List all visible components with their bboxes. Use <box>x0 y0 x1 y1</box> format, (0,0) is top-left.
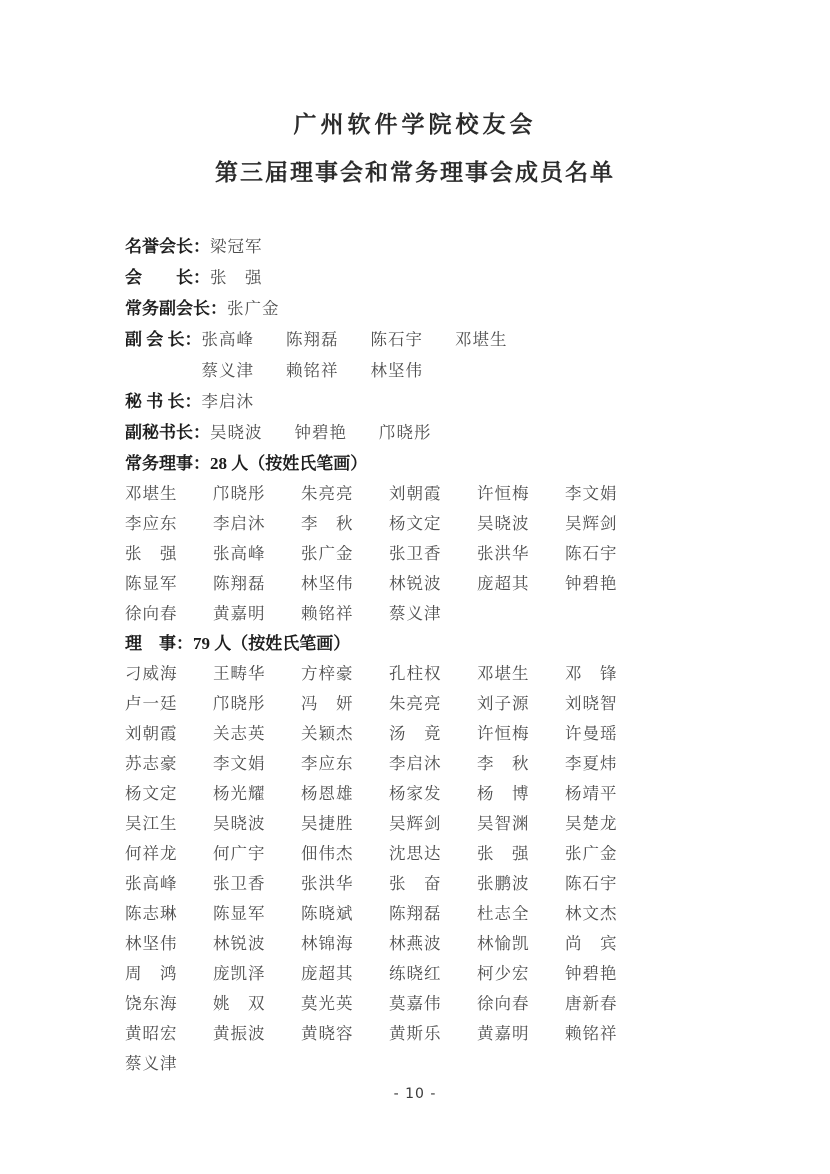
member-name: 杨文定 <box>389 509 477 539</box>
officer-title-label: 常务副会长： <box>125 294 227 324</box>
member-name: 刘朝霞 <box>125 719 213 749</box>
officer-name-line: 张高峰陈翔磊陈石宇邓堪生 <box>202 325 706 356</box>
page-number: - 10 - <box>0 1086 830 1102</box>
member-name: 赖铭祥 <box>301 599 389 629</box>
member-name: 梁冠军 <box>210 232 263 262</box>
member-name: 许恒梅 <box>477 479 565 509</box>
member-name: 黄昭宏 <box>125 1019 213 1049</box>
member-name: 张 强 <box>210 263 263 293</box>
member-name: 许曼瑶 <box>565 719 653 749</box>
member-name: 李 秋 <box>477 749 565 779</box>
member-name: 黄晓容 <box>301 1019 389 1049</box>
member-name: 卢一廷 <box>125 689 213 719</box>
member-name: 李启沐 <box>202 387 255 417</box>
standing-directors-grid: 邓堪生邝晓彤朱亮亮刘朝霞许恒梅李文娟李应东李启沐李 秋杨文定吴晓波吴辉剑张 强张… <box>125 479 705 629</box>
member-name: 饶东海 <box>125 989 213 1019</box>
member-name: 黄嘉明 <box>213 599 301 629</box>
member-name: 吴晓波 <box>213 809 301 839</box>
officer-title-label: 名誉会长： <box>125 232 210 262</box>
officer-names: 吴晓波钟碧艳邝晓彤 <box>210 418 705 449</box>
member-name: 杜志全 <box>477 899 565 929</box>
member-name: 张 奋 <box>389 869 477 899</box>
directors-label: 理 事： <box>125 634 193 653</box>
member-name: 吴智渊 <box>477 809 565 839</box>
member-name: 张广金 <box>301 539 389 569</box>
officer-names: 梁冠军 <box>210 232 705 263</box>
member-name: 蔡义津 <box>125 1049 213 1079</box>
member-name: 邓堪生 <box>125 479 213 509</box>
member-name: 杨恩雄 <box>301 779 389 809</box>
officer-title-label: 副 会 长： <box>125 325 202 355</box>
member-name: 蔡义津 <box>389 599 477 629</box>
member-name: 钟碧艳 <box>295 418 348 448</box>
member-name: 邓堪生 <box>455 325 508 355</box>
member-name: 吴晓波 <box>210 418 263 448</box>
member-name: 李 秋 <box>301 509 389 539</box>
member-name: 李启沐 <box>389 749 477 779</box>
member-name: 李文娟 <box>213 749 301 779</box>
member-name: 李应东 <box>301 749 389 779</box>
member-name: 陈翔磊 <box>389 899 477 929</box>
member-name: 汤 竟 <box>389 719 477 749</box>
member-name: 张洪华 <box>301 869 389 899</box>
officer-row: 秘 书 长：李启沐 <box>125 387 705 418</box>
standing-directors-heading: 常务理事：28 人（按姓氏笔画） <box>125 449 705 479</box>
officer-name-line: 蔡义津赖铭祥林坚伟 <box>202 356 706 387</box>
officer-row: 副秘书长：吴晓波钟碧艳邝晓彤 <box>125 418 705 449</box>
member-name: 张洪华 <box>477 539 565 569</box>
member-name: 周 鸿 <box>125 959 213 989</box>
officer-title-label: 副秘书长： <box>125 418 210 448</box>
officer-names: 张高峰陈翔磊陈石宇邓堪生蔡义津赖铭祥林坚伟 <box>202 325 706 387</box>
officer-names: 张广金 <box>227 294 705 325</box>
member-name: 方梓豪 <box>301 659 389 689</box>
officer-name-line: 李启沐 <box>202 387 706 418</box>
member-name: 吴楚龙 <box>565 809 653 839</box>
member-name: 李夏炜 <box>565 749 653 779</box>
officer-row: 名誉会长：梁冠军 <box>125 232 705 263</box>
member-name: 唐新春 <box>565 989 653 1019</box>
member-name: 尚 宾 <box>565 929 653 959</box>
member-name: 林燕波 <box>389 929 477 959</box>
member-name: 陈显军 <box>125 569 213 599</box>
officer-name-line: 张广金 <box>227 294 705 325</box>
member-name: 庞超其 <box>301 959 389 989</box>
member-name: 张卫香 <box>389 539 477 569</box>
member-name: 杨文定 <box>125 779 213 809</box>
member-name: 赖铭祥 <box>286 356 339 386</box>
officer-title-label: 会 长： <box>125 263 210 293</box>
member-name: 钟碧艳 <box>565 569 653 599</box>
member-name: 林愉凯 <box>477 929 565 959</box>
member-name: 陈晓斌 <box>301 899 389 929</box>
member-name: 王畴华 <box>213 659 301 689</box>
member-name: 邝晓彤 <box>379 418 432 448</box>
member-name: 林锐波 <box>213 929 301 959</box>
member-name: 沈思达 <box>389 839 477 869</box>
member-name: 钟碧艳 <box>565 959 653 989</box>
member-name: 张高峰 <box>202 325 255 355</box>
member-name: 李应东 <box>125 509 213 539</box>
member-name: 冯 妍 <box>301 689 389 719</box>
member-name: 张 强 <box>477 839 565 869</box>
directors-count: 79 人（按姓氏笔画） <box>193 634 350 653</box>
member-name: 邓堪生 <box>477 659 565 689</box>
member-name: 黄嘉明 <box>477 1019 565 1049</box>
member-name: 吴辉剑 <box>565 509 653 539</box>
member-name: 张高峰 <box>213 539 301 569</box>
member-name: 林文杰 <box>565 899 653 929</box>
standing-directors-label: 常务理事： <box>125 454 210 473</box>
member-name: 杨 博 <box>477 779 565 809</box>
member-name: 陈石宇 <box>371 325 424 355</box>
officer-title-label: 秘 书 长： <box>125 387 202 417</box>
officer-names: 张 强 <box>210 263 705 294</box>
member-name: 许恒梅 <box>477 719 565 749</box>
member-name: 庞凯泽 <box>213 959 301 989</box>
member-name: 李文娟 <box>565 479 653 509</box>
member-name: 吴捷胜 <box>301 809 389 839</box>
member-name: 吴晓波 <box>477 509 565 539</box>
standing-directors-count: 28 人（按姓氏笔画） <box>210 454 367 473</box>
member-name: 陈翔磊 <box>213 569 301 599</box>
member-name: 杨家发 <box>389 779 477 809</box>
member-name: 林锐波 <box>389 569 477 599</box>
member-name: 朱亮亮 <box>389 689 477 719</box>
member-name: 佃伟杰 <box>301 839 389 869</box>
member-name: 莫光英 <box>301 989 389 1019</box>
member-name: 陈石宇 <box>565 869 653 899</box>
page-title: 广州软件学院校友会 <box>0 0 830 139</box>
member-name: 林坚伟 <box>301 569 389 599</box>
member-name: 蔡义津 <box>202 356 255 386</box>
member-name: 赖铭祥 <box>565 1019 653 1049</box>
page-content: 名誉会长：梁冠军会 长：张 强常务副会长：张广金副 会 长：张高峰陈翔磊陈石宇邓… <box>125 232 705 1079</box>
member-name: 柯少宏 <box>477 959 565 989</box>
member-name: 何广宇 <box>213 839 301 869</box>
member-name: 陈显军 <box>213 899 301 929</box>
member-name: 刘晓智 <box>565 689 653 719</box>
member-name: 朱亮亮 <box>301 479 389 509</box>
member-name: 张广金 <box>565 839 653 869</box>
member-name: 张广金 <box>227 294 280 324</box>
officer-name-line: 吴晓波钟碧艳邝晓彤 <box>210 418 705 449</box>
directors-grid: 刁威海王畴华方梓豪孔柱权邓堪生邓 锋卢一廷邝晓彤冯 妍朱亮亮刘子源刘晓智刘朝霞关… <box>125 659 705 1079</box>
member-name: 刘子源 <box>477 689 565 719</box>
member-name: 陈石宇 <box>565 539 653 569</box>
member-name: 邝晓彤 <box>213 479 301 509</box>
member-name: 徐向春 <box>477 989 565 1019</box>
document-page: 广州软件学院校友会 第三届理事会和常务理事会成员名单 名誉会长：梁冠军会 长：张… <box>0 0 830 1174</box>
officer-row: 会 长：张 强 <box>125 263 705 294</box>
member-name: 杨光耀 <box>213 779 301 809</box>
member-name: 刁威海 <box>125 659 213 689</box>
member-name: 孔柱权 <box>389 659 477 689</box>
member-name: 林锦海 <box>301 929 389 959</box>
member-name: 张卫香 <box>213 869 301 899</box>
directors-heading: 理 事：79 人（按姓氏笔画） <box>125 629 705 659</box>
member-name: 杨靖平 <box>565 779 653 809</box>
member-name: 徐向春 <box>125 599 213 629</box>
member-name: 张鹏波 <box>477 869 565 899</box>
officer-name-line: 张 强 <box>210 263 705 294</box>
member-name: 苏志豪 <box>125 749 213 779</box>
member-name: 张高峰 <box>125 869 213 899</box>
officer-row: 常务副会长：张广金 <box>125 294 705 325</box>
officer-names: 李启沐 <box>202 387 706 418</box>
member-name: 吴江生 <box>125 809 213 839</box>
member-name: 莫嘉伟 <box>389 989 477 1019</box>
officer-list: 名誉会长：梁冠军会 长：张 强常务副会长：张广金副 会 长：张高峰陈翔磊陈石宇邓… <box>125 232 705 449</box>
member-name: 邓 锋 <box>565 659 653 689</box>
member-name: 关志英 <box>213 719 301 749</box>
member-name: 林坚伟 <box>125 929 213 959</box>
officer-name-line: 梁冠军 <box>210 232 705 263</box>
member-name: 黄斯乐 <box>389 1019 477 1049</box>
member-name: 张 强 <box>125 539 213 569</box>
member-name: 姚 双 <box>213 989 301 1019</box>
member-name: 何祥龙 <box>125 839 213 869</box>
member-name: 庞超其 <box>477 569 565 599</box>
member-name: 陈翔磊 <box>286 325 339 355</box>
officer-row: 副 会 长：张高峰陈翔磊陈石宇邓堪生蔡义津赖铭祥林坚伟 <box>125 325 705 387</box>
member-name: 刘朝霞 <box>389 479 477 509</box>
member-name: 关颖杰 <box>301 719 389 749</box>
page-subtitle: 第三届理事会和常务理事会成员名单 <box>0 154 830 187</box>
member-name: 邝晓彤 <box>213 689 301 719</box>
member-name: 练晓红 <box>389 959 477 989</box>
member-name: 吴辉剑 <box>389 809 477 839</box>
member-name: 黄振波 <box>213 1019 301 1049</box>
member-name: 李启沐 <box>213 509 301 539</box>
member-name: 林坚伟 <box>371 356 424 386</box>
member-name: 陈志琳 <box>125 899 213 929</box>
